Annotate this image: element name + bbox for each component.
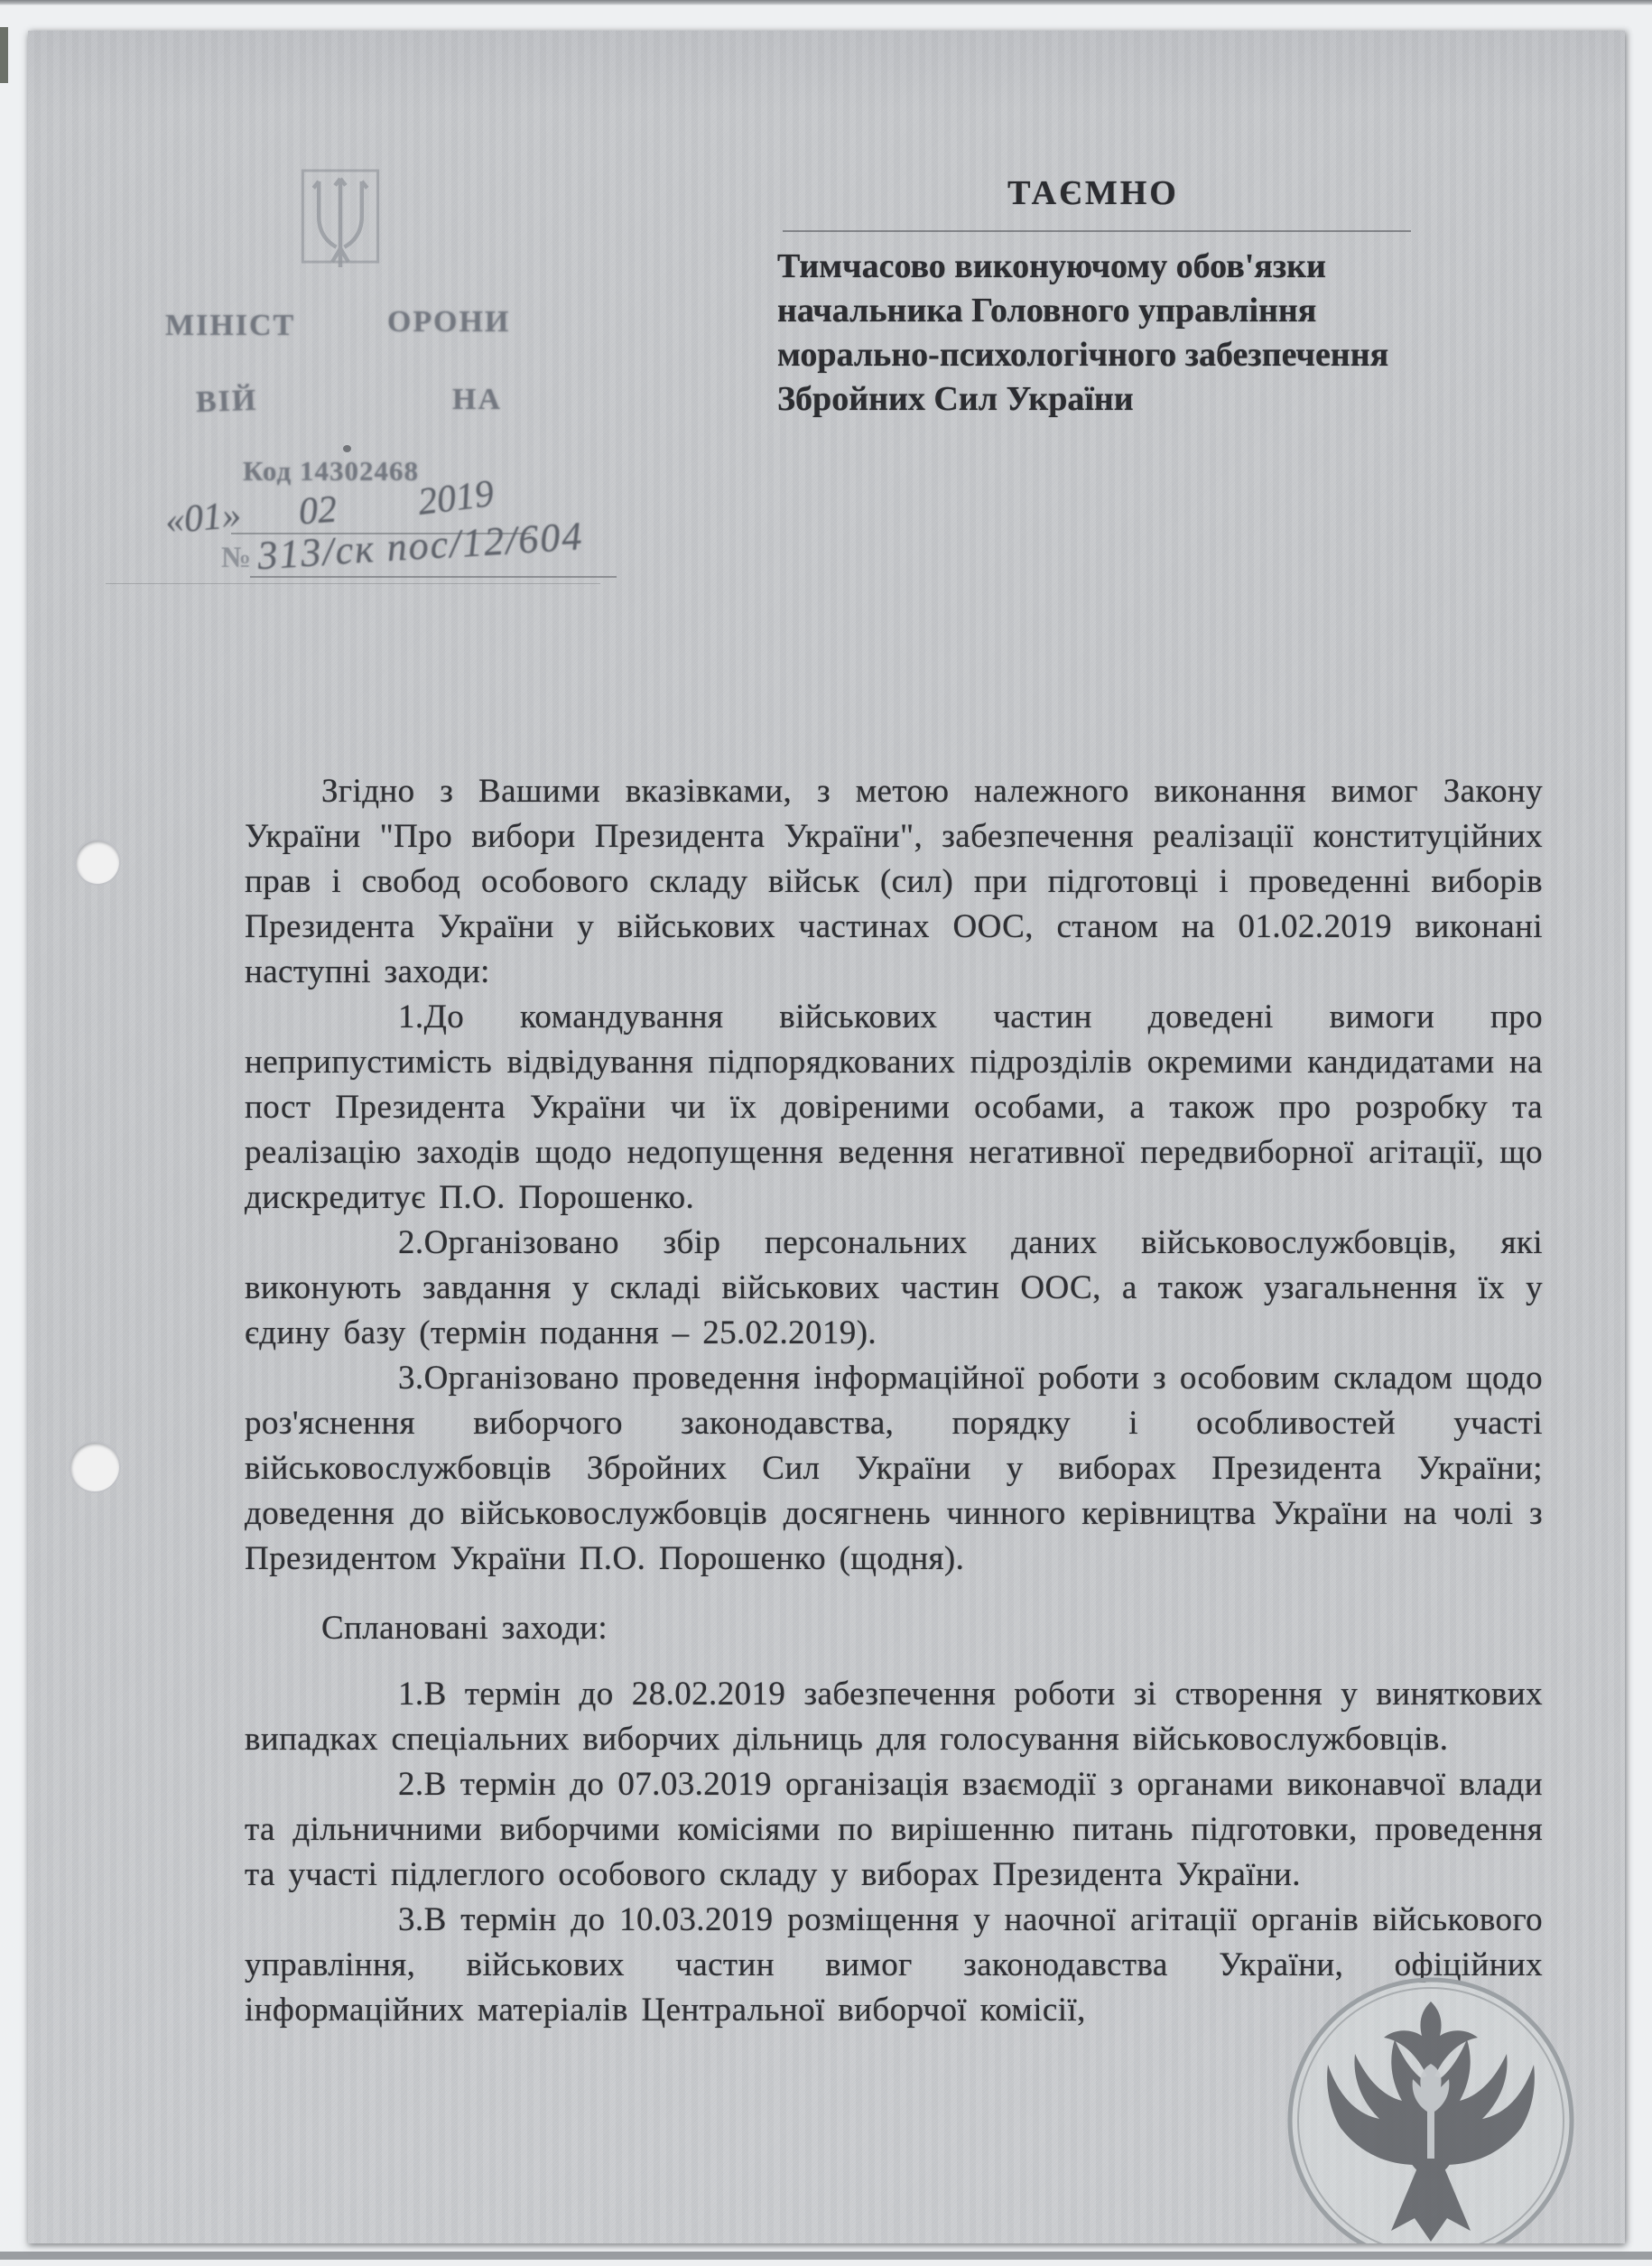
addressee-line: начальника Головного управління bbox=[777, 289, 1436, 333]
ministry-name-fragment: ОРОНИ bbox=[387, 305, 510, 339]
date-month-handwritten: 02 bbox=[297, 488, 338, 534]
addressee-line: морально-психологічного забезпечення bbox=[777, 333, 1436, 377]
item-number: 2. bbox=[321, 1762, 424, 1807]
unit-name-fragment: ВІЙ bbox=[195, 384, 258, 420]
completed-item-2: 2.Організовано збір персональних даних в… bbox=[245, 1221, 1543, 1356]
item-text: Організовано проведення інформаційної ро… bbox=[245, 1360, 1543, 1577]
ministry-name-fragment: МІНІСТ bbox=[165, 309, 295, 343]
item-text: В термін до 10.03.2019 розміщення у наоч… bbox=[245, 1901, 1543, 2029]
item-number: 1. bbox=[321, 1672, 424, 1717]
hole-punch-top bbox=[76, 840, 119, 884]
number-sign: № bbox=[221, 542, 251, 575]
item-text: До командування військових частин доведе… bbox=[245, 998, 1543, 1216]
addressee-line: Збройних Сил України bbox=[777, 377, 1436, 422]
item-text: Організовано збір персональних даних вій… bbox=[245, 1224, 1543, 1351]
scanned-document: МІНІСТ ОРОНИ ВІЙ НА Код 14302468 ТАЄМНО … bbox=[0, 0, 1652, 2266]
trident-emblem-icon bbox=[300, 168, 381, 273]
number-underline bbox=[250, 576, 617, 578]
date-day-handwritten: «01» bbox=[163, 493, 243, 543]
ink-speck bbox=[343, 445, 351, 452]
intro-paragraph: Згідно з Вашими вказівками, з метою нале… bbox=[245, 769, 1543, 995]
completed-item-3: 3.Організовано проведення інформаційної … bbox=[245, 1356, 1543, 1582]
planned-heading: Сплановані заходи: bbox=[245, 1606, 1543, 1651]
date-year-handwritten: 2019 bbox=[415, 472, 496, 525]
item-number: 1. bbox=[321, 995, 424, 1040]
item-text: В термін до 28.02.2019 забезпечення робо… bbox=[245, 1676, 1543, 1758]
document-body: Згідно з Вашими вказівками, з метою нале… bbox=[245, 769, 1543, 2033]
scanner-edge-bottom bbox=[0, 2252, 1652, 2260]
addressee-block: Тимчасово виконуючому обов'язки начальни… bbox=[777, 245, 1436, 422]
planned-item-1: 1.В термін до 28.02.2019 забезпечення ро… bbox=[245, 1672, 1543, 1762]
planned-item-3: 3.В термін до 10.03.2019 розміщення у на… bbox=[245, 1898, 1543, 2033]
completed-item-1: 1.До командування військових частин дове… bbox=[245, 995, 1543, 1221]
hole-punch-bottom bbox=[70, 1443, 119, 1491]
addressee-line: Тимчасово виконуючому обов'язки bbox=[777, 245, 1436, 289]
scanner-edge-top bbox=[0, 0, 1652, 5]
unit-name-fragment: НА bbox=[452, 383, 502, 417]
classification-stamp: ТАЄМНО bbox=[777, 173, 1409, 213]
planned-item-2: 2.В термін до 07.03.2019 організація вза… bbox=[245, 1762, 1543, 1898]
header-divider bbox=[783, 230, 1411, 232]
org-code: Код 14302468 bbox=[243, 455, 419, 488]
item-number: 3. bbox=[321, 1356, 424, 1401]
number-underline-faint bbox=[106, 583, 600, 584]
item-number: 2. bbox=[321, 1221, 424, 1266]
item-text: В термін до 07.03.2019 організація взаєм… bbox=[245, 1766, 1543, 1893]
item-number: 3. bbox=[321, 1898, 424, 1943]
document-page: МІНІСТ ОРОНИ ВІЙ НА Код 14302468 ТАЄМНО … bbox=[28, 31, 1625, 2243]
scanner-edge-artifact bbox=[0, 27, 8, 83]
